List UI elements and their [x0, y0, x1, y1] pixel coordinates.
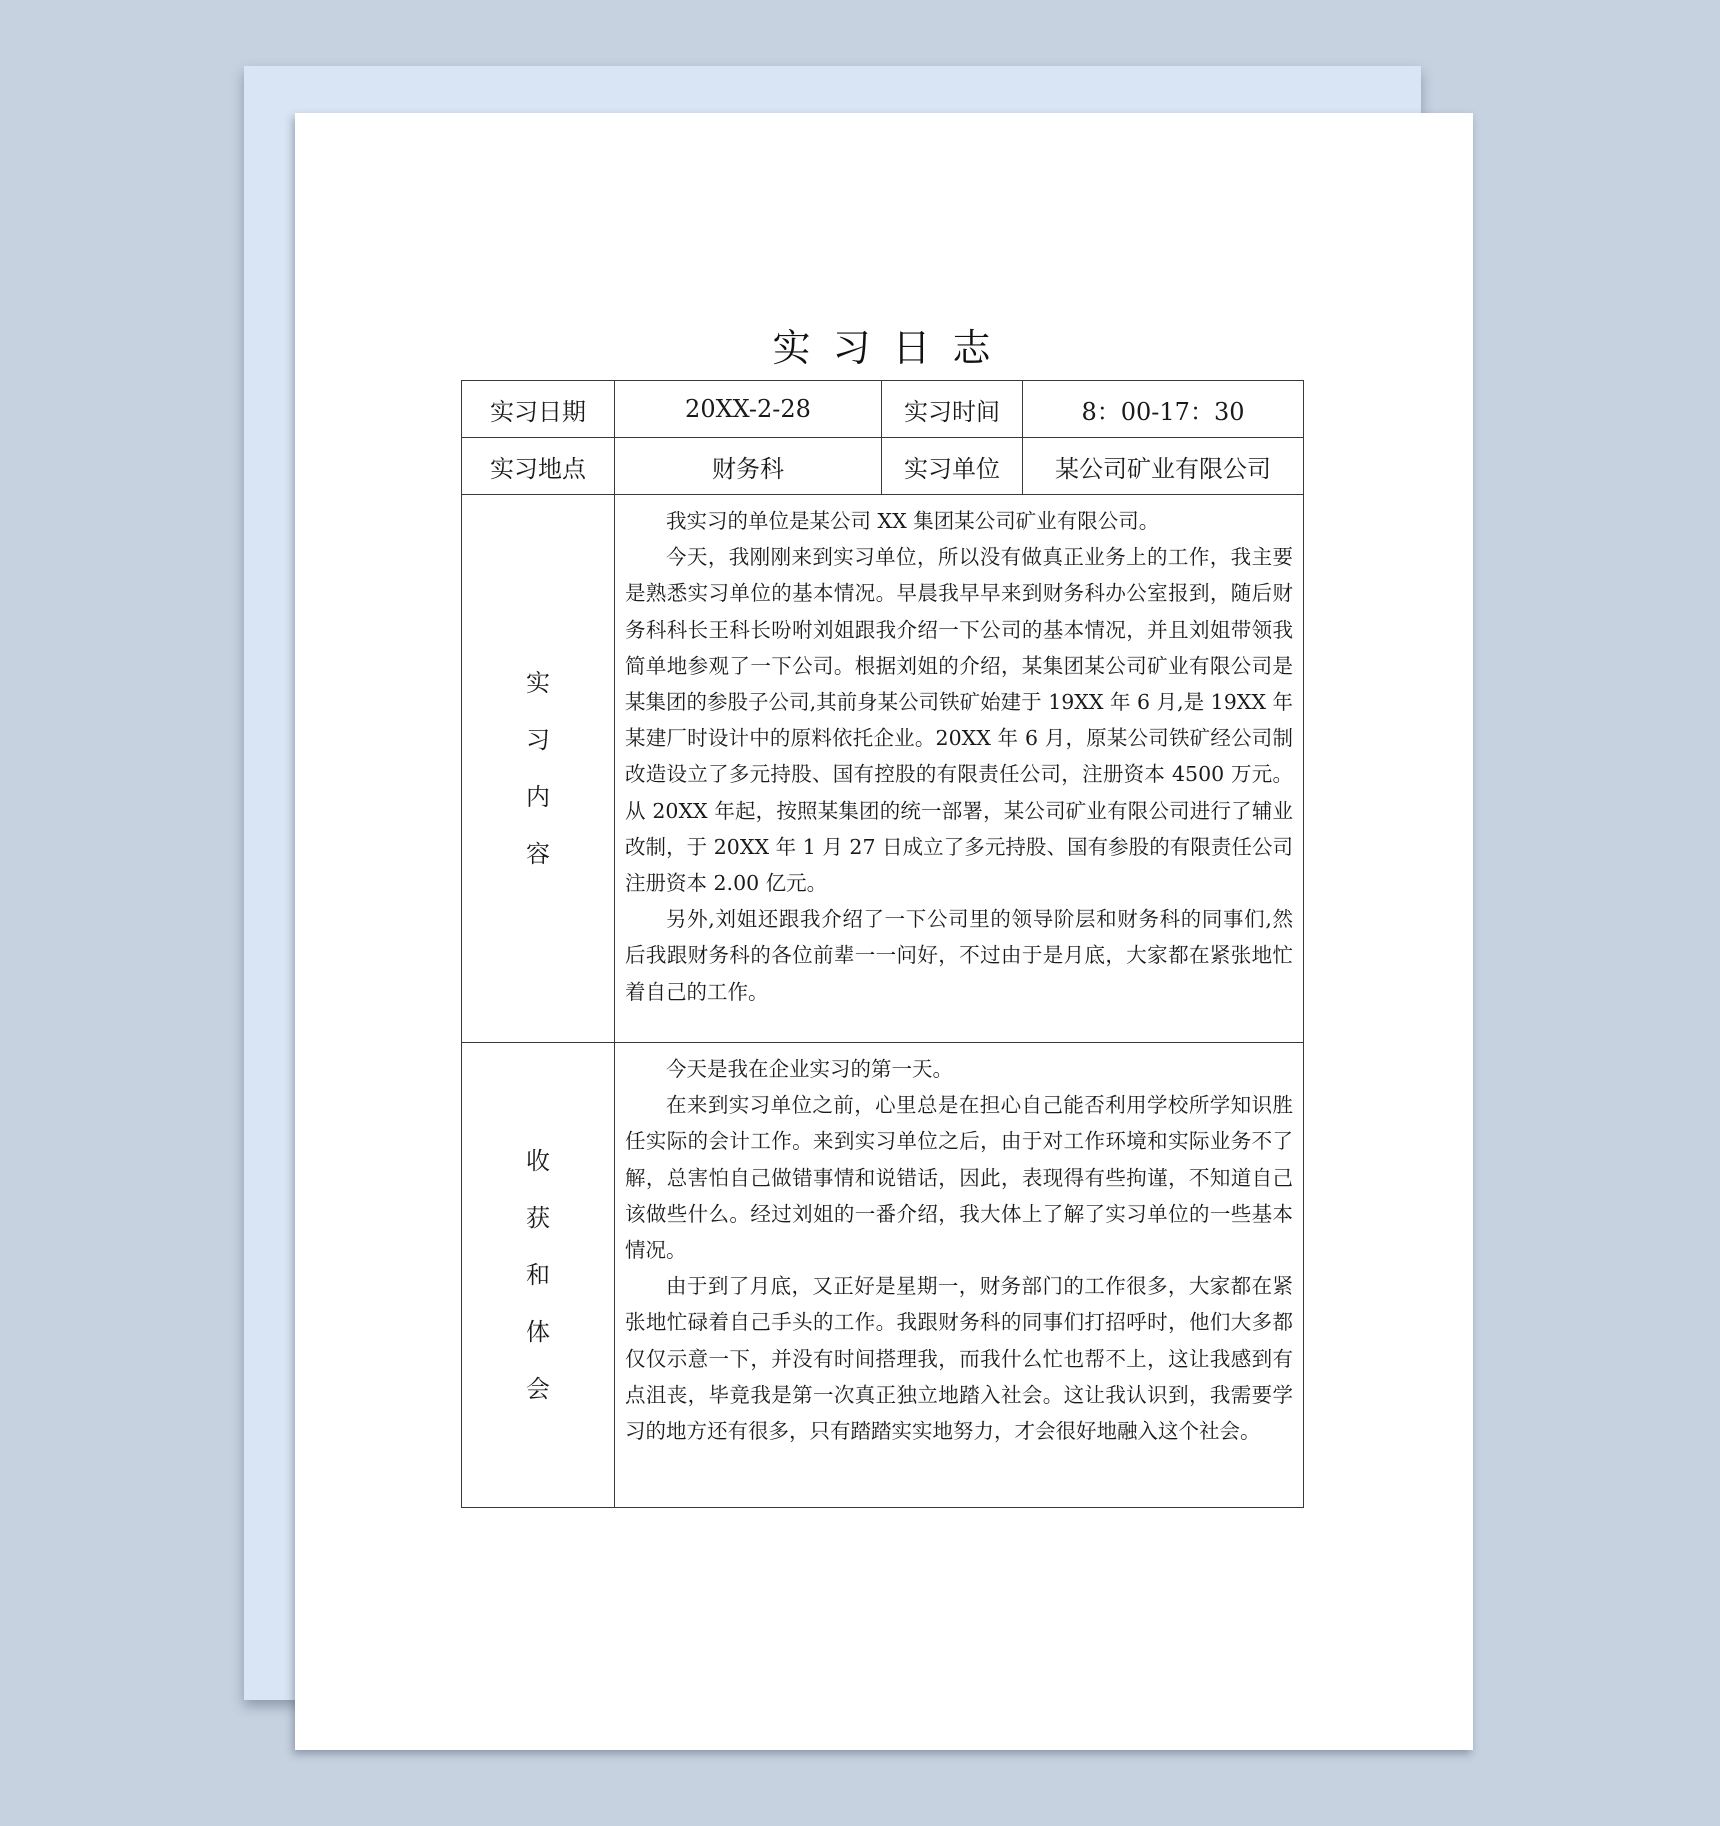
content-paragraph: 另外,刘姐还跟我介绍了一下公司里的领导阶层和财务科的同事们,然后我跟财务科的各位…	[625, 901, 1293, 1010]
reflection-paragraph: 由于到了月底，又正好是星期一，财务部门的工作很多，大家都在紧张地忙碌着自己手头的…	[625, 1268, 1293, 1449]
content-section-label-cell: 实习内容	[462, 495, 615, 1043]
reflection-section-body: 今天是我在企业实习的第一天。 在来到实习单位之前，心里总是在担心自己能否利用学校…	[615, 1043, 1304, 1508]
info-row-location-unit: 实习地点 财务科 实习单位 某公司矿业有限公司	[462, 438, 1304, 495]
reflection-section-label: 收获和体会	[523, 1133, 553, 1418]
reflection-paragraph: 今天是我在企业实习的第一天。	[625, 1051, 1293, 1087]
document-title: 实习日志	[461, 324, 1302, 372]
section-row-reflection: 收获和体会 今天是我在企业实习的第一天。 在来到实习单位之前，心里总是在担心自己…	[462, 1043, 1304, 1508]
internship-log-table: 实习日期 20XX-2-28 实习时间 8：00-17：30 实习地点 财务科 …	[461, 380, 1304, 1508]
unit-value: 某公司矿业有限公司	[1023, 438, 1304, 495]
content-paragraph: 我实习的单位是某公司 XX 集团某公司矿业有限公司。	[625, 503, 1293, 539]
content-paragraph: 今天，我刚刚来到实习单位，所以没有做真正业务上的工作，我主要是熟悉实习单位的基本…	[625, 539, 1293, 901]
content-section-label: 实习内容	[523, 655, 553, 883]
date-value: 20XX-2-28	[615, 381, 882, 438]
time-label: 实习时间	[882, 381, 1023, 438]
time-value: 8：00-17：30	[1023, 381, 1304, 438]
info-row-date-time: 实习日期 20XX-2-28 实习时间 8：00-17：30	[462, 381, 1304, 438]
reflection-section-label-cell: 收获和体会	[462, 1043, 615, 1508]
location-label: 实习地点	[462, 438, 615, 495]
reflection-paragraph: 在来到实习单位之前，心里总是在担心自己能否利用学校所学知识胜任实际的会计工作。来…	[625, 1087, 1293, 1268]
date-label: 实习日期	[462, 381, 615, 438]
content-section-body: 我实习的单位是某公司 XX 集团某公司矿业有限公司。 今天，我刚刚来到实习单位，…	[615, 495, 1304, 1043]
section-row-content: 实习内容 我实习的单位是某公司 XX 集团某公司矿业有限公司。 今天，我刚刚来到…	[462, 495, 1304, 1043]
unit-label: 实习单位	[882, 438, 1023, 495]
location-value: 财务科	[615, 438, 882, 495]
